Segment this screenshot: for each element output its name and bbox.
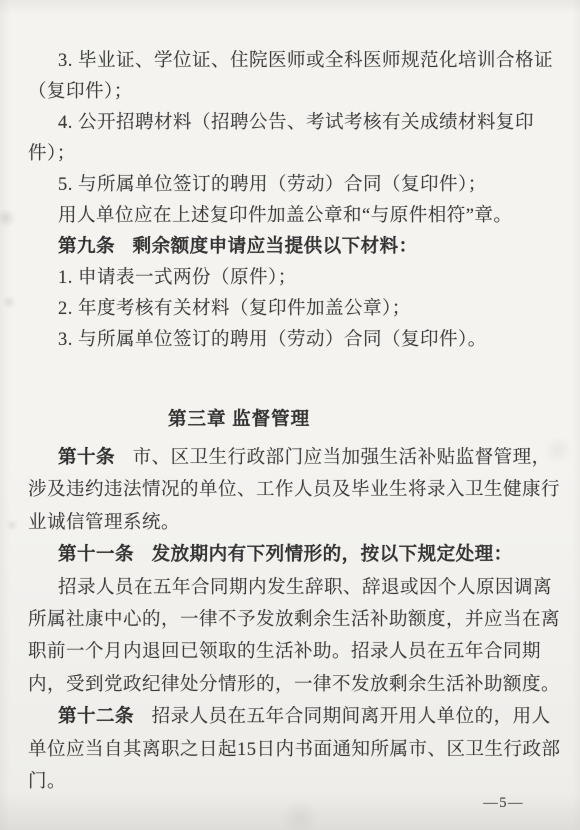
- paragraph: 2. 年度考核有关材料（复印件加盖公章）；: [28, 294, 562, 325]
- paragraph: 用人单位应在上述复印件加盖公章和“与原件相符”章。: [28, 201, 562, 232]
- article-number: 第九条: [58, 237, 115, 257]
- document-line: 件）；: [28, 139, 562, 170]
- line-text: 职前一个月内退回已领取的生活补助。招录人员在五年合同期: [28, 642, 541, 662]
- line-text: 用人单位应在上述复印件加盖公章和“与原件相符”章。: [58, 206, 512, 226]
- document-line: 2. 年度考核有关材料（复印件加盖公章）；: [28, 294, 562, 325]
- line-text: 门。: [28, 772, 66, 792]
- document-line: 所属社康中心的，一律不予发放剩余生活补助额度，并应当在离: [28, 604, 562, 636]
- page-number: —5—: [483, 795, 524, 812]
- line-text: 所属社康中心的，一律不予发放剩余生活补助额度，并应当在离: [28, 610, 560, 630]
- document-line: 第十二条招录人员在五年合同期间离开用人单位的，用人: [28, 701, 562, 733]
- document-line: 第十一条发放期内有下列情形的，按以下规定处理：: [28, 539, 562, 571]
- document-line: 3. 与所属单位签订的聘用（劳动）合同（复印件）。: [28, 325, 562, 356]
- paragraph: 3. 与所属单位签订的聘用（劳动）合同（复印件）。: [28, 325, 562, 356]
- document-line: 单位应当自其离职之日起15日内书面通知所属市、区卫生行政部: [28, 734, 562, 766]
- line-text: 1. 申请表一式两份（原件）；: [58, 268, 297, 288]
- article-number: 第十二条: [58, 707, 134, 727]
- line-text: 件）；: [28, 144, 76, 164]
- line-text: 剩余额度申请应当提供以下材料：: [133, 237, 418, 257]
- paragraph: 第九条剩余额度申请应当提供以下材料：: [28, 232, 562, 263]
- line-text: 4. 公开招聘材料（招聘公告、考试考核有关成绩材料复印: [58, 113, 534, 133]
- article-number: 第十条: [58, 448, 115, 468]
- paragraph: 第十二条招录人员在五年合同期间离开用人单位的，用人单位应当自其离职之日起15日内…: [28, 701, 562, 798]
- document-line: 4. 公开招聘材料（招聘公告、考试考核有关成绩材料复印: [28, 108, 562, 139]
- paragraph: 1. 申请表一式两份（原件）；: [28, 263, 562, 294]
- document-line: 门。: [28, 766, 562, 798]
- paragraph: 招录人员在五年合同期内发生辞职、辞退或因个人原因调离所属社康中心的，一律不予发放…: [28, 572, 562, 702]
- document-line: 5. 与所属单位签订的聘用（劳动）合同（复印件）；: [28, 170, 562, 201]
- scanned-document-page: 3. 毕业证、学位证、住院医师或全科医师规范化培训合格证（复印件）；4. 公开招…: [0, 0, 580, 830]
- line-text: 发放期内有下列情形的，按以下规定处理：: [152, 545, 513, 565]
- document-line: 涉及违约违法情况的单位、工作人员及毕业生将录入卫生健康行: [28, 474, 562, 506]
- line-text: 招录人员在五年合同期内发生辞职、辞退或因个人原因调离: [58, 578, 552, 598]
- line-text: （复印件）；: [28, 82, 133, 102]
- line-text: 招录人员在五年合同期间离开用人单位的，用人: [152, 707, 551, 727]
- paragraph: 4. 公开招聘材料（招聘公告、考试考核有关成绩材料复印件）；: [28, 108, 562, 170]
- document-line: 业诚信管理系统。: [28, 507, 562, 539]
- paragraph: 第十一条发放期内有下列情形的，按以下规定处理：: [28, 539, 562, 571]
- paragraph: 5. 与所属单位签订的聘用（劳动）合同（复印件）；: [28, 170, 562, 201]
- line-text: 2. 年度考核有关材料（复印件加盖公章）；: [58, 299, 411, 319]
- document-line: 用人单位应在上述复印件加盖公章和“与原件相符”章。: [28, 201, 562, 232]
- document-line: 1. 申请表一式两份（原件）；: [28, 263, 562, 294]
- line-text: 内，受到党政纪律处分情形的，一律不发放剩余生活补助额度。: [28, 675, 560, 695]
- document-line: 3. 毕业证、学位证、住院医师或全科医师规范化培训合格证: [28, 46, 562, 77]
- line-text: 3. 与所属单位签订的聘用（劳动）合同（复印件）。: [58, 330, 487, 350]
- document-body: 3. 毕业证、学位证、住院医师或全科医师规范化培训合格证（复印件）；4. 公开招…: [0, 0, 580, 798]
- document-line: 招录人员在五年合同期内发生辞职、辞退或因个人原因调离: [28, 572, 562, 604]
- line-text: 5. 与所属单位签订的聘用（劳动）合同（复印件）；: [58, 175, 487, 195]
- article-number: 第十一条: [58, 545, 134, 565]
- paragraph: 第十条市、区卫生行政部门应当加强生活补贴监督管理，涉及违约违法情况的单位、工作人…: [28, 442, 562, 539]
- line-text: 单位应当自其离职之日起15日内书面通知所属市、区卫生行政部: [28, 740, 561, 760]
- paragraph: 3. 毕业证、学位证、住院医师或全科医师规范化培训合格证（复印件）；: [28, 46, 562, 108]
- line-text: 涉及违约违法情况的单位、工作人员及毕业生将录入卫生健康行: [28, 480, 560, 500]
- document-line: 职前一个月内退回已领取的生活补助。招录人员在五年合同期: [28, 636, 562, 668]
- chapter-heading: 第三章 监督管理: [168, 406, 310, 434]
- line-text: 业诚信管理系统。: [28, 513, 180, 533]
- line-text: 3. 毕业证、学位证、住院医师或全科医师规范化培训合格证: [58, 51, 553, 71]
- document-line: 内，受到党政纪律处分情形的，一律不发放剩余生活补助额度。: [28, 669, 562, 701]
- document-line: 第十条市、区卫生行政部门应当加强生活补贴监督管理，: [28, 442, 562, 474]
- document-line: 第九条剩余额度申请应当提供以下材料：: [28, 232, 562, 263]
- line-text: 市、区卫生行政部门应当加强生活补贴监督管理，: [133, 448, 551, 468]
- document-line: （复印件）；: [28, 77, 562, 108]
